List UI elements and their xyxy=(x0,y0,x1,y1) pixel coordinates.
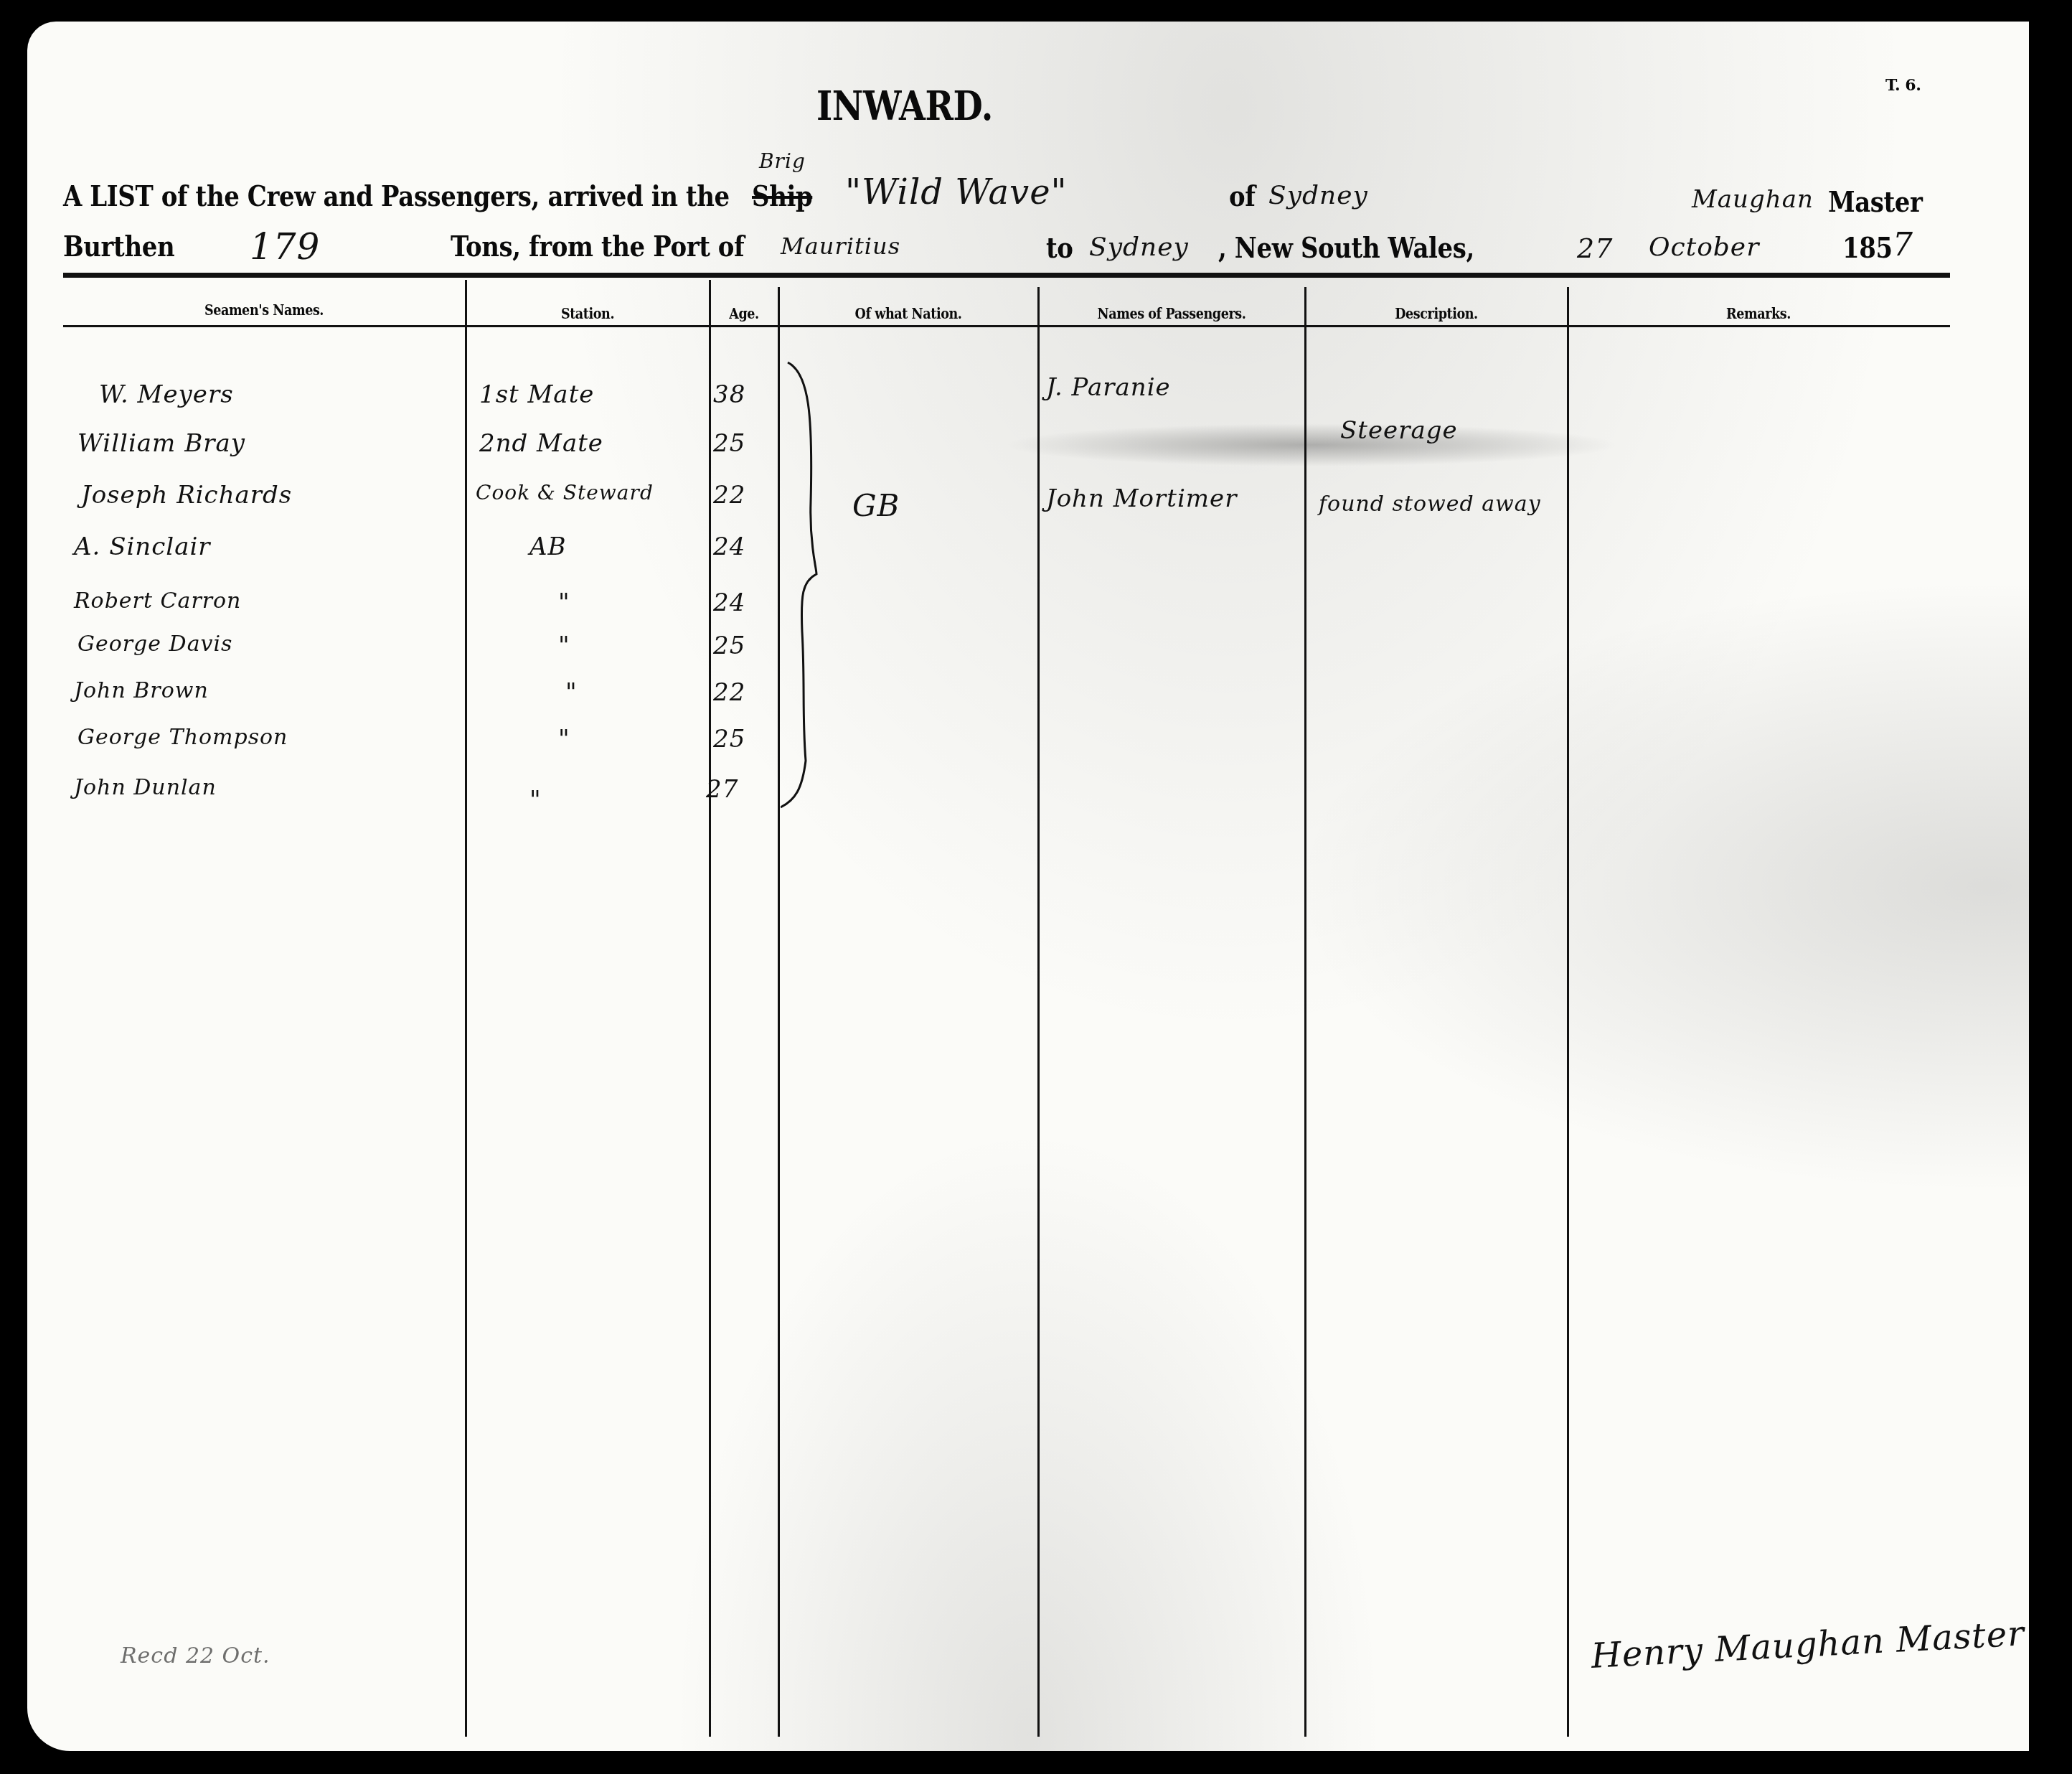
seaman-station: " xyxy=(529,786,542,815)
list-heading-prefix: A LIST of the Crew and Passengers, arriv… xyxy=(63,179,730,213)
passenger-description: found stowed away xyxy=(1319,492,1541,517)
seaman-station: AB xyxy=(529,532,567,561)
column-header-remarks: Remarks. xyxy=(1591,305,1926,322)
passenger-name: John Mortimer xyxy=(1046,484,1237,513)
seaman-age: 27 xyxy=(706,775,738,804)
seaman-name: William Bray xyxy=(77,429,245,458)
ink-smudge xyxy=(1003,423,1620,466)
from-port: Mauritius xyxy=(781,233,900,260)
vessel-type-struck: Ship xyxy=(752,179,812,213)
header-rule-thick xyxy=(63,273,1950,278)
column-divider xyxy=(709,280,711,1737)
seaman-station: " xyxy=(565,678,578,707)
seaman-age: 22 xyxy=(713,678,745,707)
home-port: Sydney xyxy=(1268,181,1368,210)
seaman-age: 25 xyxy=(713,632,745,660)
column-divider xyxy=(778,287,780,1737)
seaman-station: 2nd Mate xyxy=(479,429,603,458)
seaman-name: John Brown xyxy=(74,678,209,703)
document-page: INWARD. T. 6. A LIST of the Crew and Pas… xyxy=(27,22,2029,1751)
margin-note: Recd 22 Oct. xyxy=(121,1643,270,1669)
date-month: October xyxy=(1649,233,1759,262)
seaman-station: " xyxy=(558,632,570,660)
column-header-station: Station. xyxy=(481,305,694,322)
year-prefix: 185 xyxy=(1842,231,1893,265)
column-divider xyxy=(1567,287,1569,1737)
burthen-label: Burthen xyxy=(63,230,174,263)
seaman-age: 24 xyxy=(713,532,745,561)
column-header-description: Description. xyxy=(1322,305,1551,322)
master-label: Master xyxy=(1828,185,1923,219)
column-header-seamen: Seamen's Names. xyxy=(88,301,441,319)
column-divider xyxy=(465,280,467,1737)
column-divider xyxy=(1037,287,1040,1737)
page-title: INWARD. xyxy=(816,83,993,130)
brace-icon xyxy=(781,359,838,818)
seaman-name: Robert Carron xyxy=(74,588,241,614)
column-header-passengers: Names of Passengers. xyxy=(1055,305,1289,322)
passenger-description: Steerage xyxy=(1340,416,1458,445)
vessel-type-written: Brig xyxy=(759,149,806,173)
column-divider xyxy=(1304,287,1306,1737)
seaman-age: 25 xyxy=(713,725,745,754)
seaman-age: 38 xyxy=(713,380,745,409)
of-label: of xyxy=(1229,179,1255,213)
to-port: Sydney xyxy=(1089,233,1189,262)
seaman-name: A. Sinclair xyxy=(74,532,211,561)
seaman-name: John Dunlan xyxy=(74,775,217,800)
tons-from-port-label: Tons, from the Port of xyxy=(451,230,744,263)
seaman-station: " xyxy=(558,725,570,754)
to-label: to xyxy=(1046,231,1073,265)
master-signature: Henry Maughan Master xyxy=(1591,1613,2026,1676)
seaman-name: George Thompson xyxy=(77,725,288,750)
seaman-age: 24 xyxy=(713,588,745,617)
year-suffix: 7 xyxy=(1893,227,1913,263)
form-code: T. 6. xyxy=(1885,76,1921,95)
date-day: 27 xyxy=(1577,233,1613,264)
new-south-wales-label: , New South Wales, xyxy=(1218,231,1474,265)
passenger-name: J. Paranie xyxy=(1046,373,1171,402)
vessel-name: "Wild Wave" xyxy=(845,172,1068,212)
master-name: Maughan xyxy=(1692,185,1814,214)
seaman-station: Cook & Steward xyxy=(476,481,654,504)
column-header-age: Age. xyxy=(715,305,774,322)
column-header-nation: Of what Nation. xyxy=(795,305,1022,322)
seaman-station: " xyxy=(558,588,570,617)
column-header-rule xyxy=(63,325,1950,327)
seaman-name: Joseph Richards xyxy=(81,481,292,510)
burthen-value: 179 xyxy=(250,226,320,268)
seaman-age: 22 xyxy=(713,481,745,510)
seaman-age: 25 xyxy=(713,429,745,458)
seaman-name: George Davis xyxy=(77,632,233,657)
nation-value: GB xyxy=(852,488,900,523)
seaman-name: W. Meyers xyxy=(99,380,234,409)
seaman-station: 1st Mate xyxy=(479,380,594,409)
